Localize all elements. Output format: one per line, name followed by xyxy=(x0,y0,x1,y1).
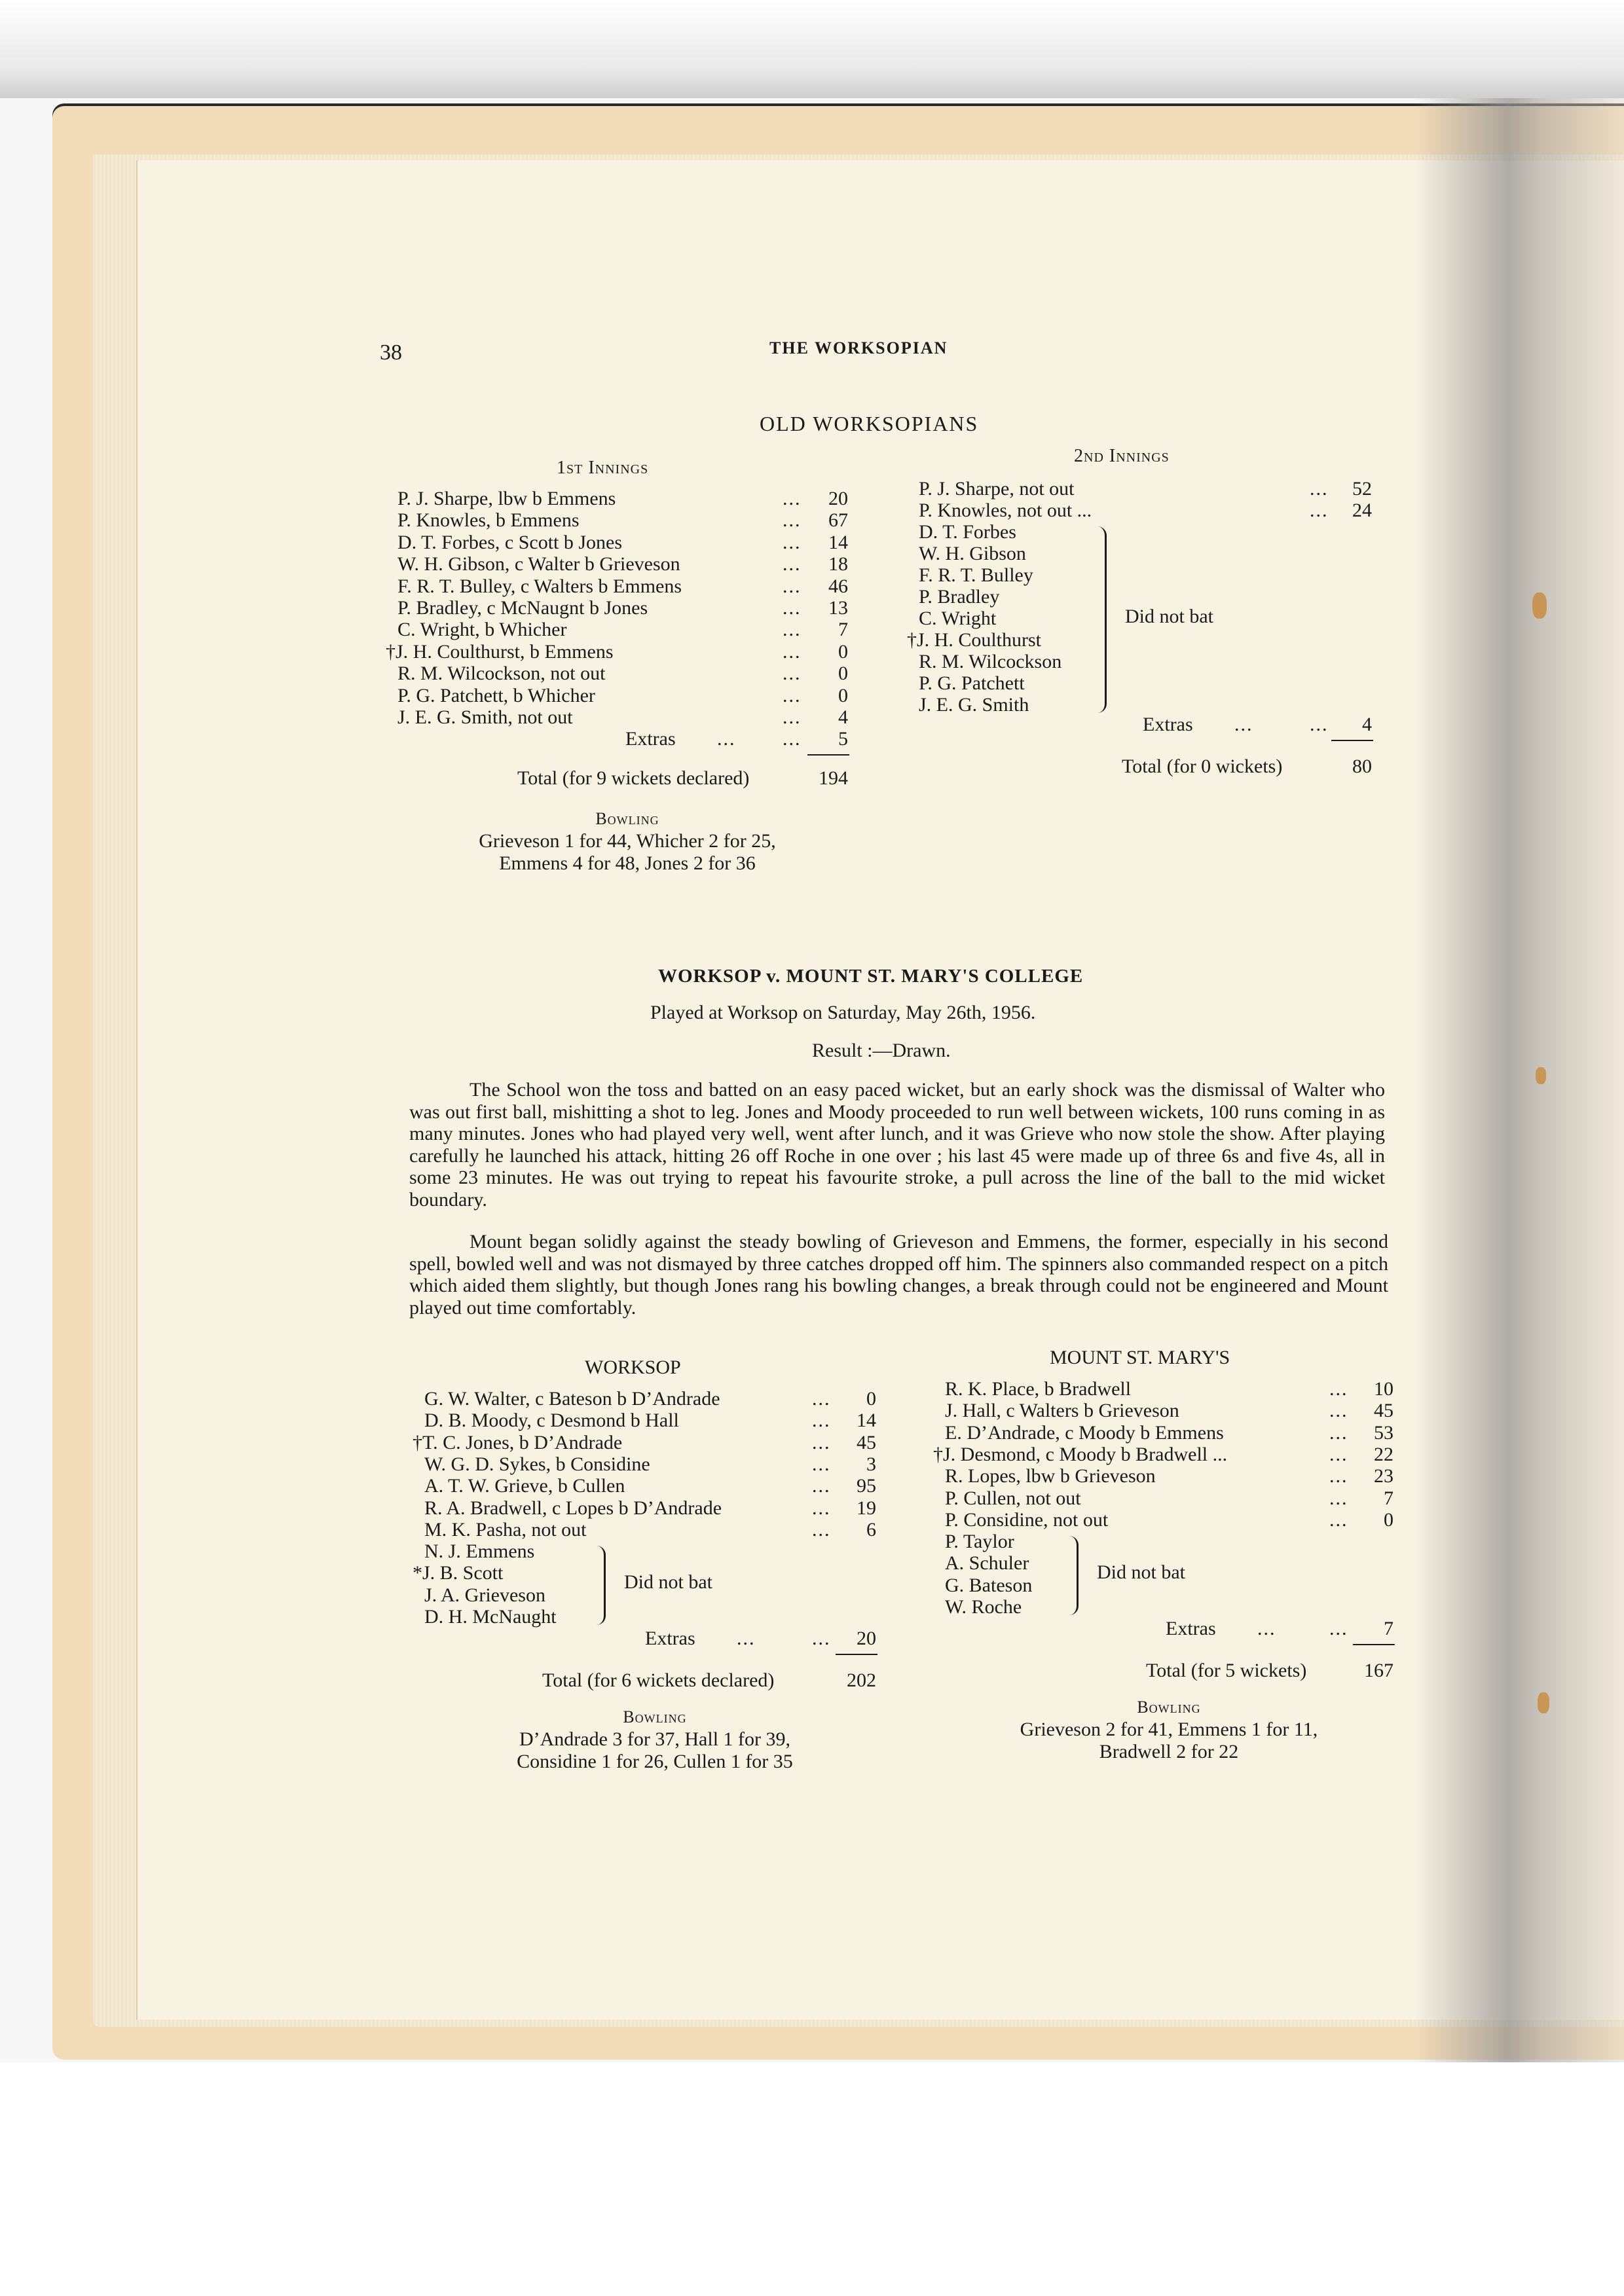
batsman-runs: 53 xyxy=(1348,1422,1393,1444)
leader-dots: ... xyxy=(783,509,802,532)
batsman-entry: †T. C. Jones, b D’Andrade xyxy=(413,1432,622,1454)
total-rule xyxy=(807,754,849,756)
batsman-runs: 4 xyxy=(802,706,848,729)
total-label: Total (for 6 wickets declared) xyxy=(542,1669,774,1692)
batsman-entry: P. Cullen, not out xyxy=(945,1487,1081,1510)
leader-dots: ... xyxy=(812,1497,831,1520)
leader-dots: ... xyxy=(783,597,802,619)
total-rule xyxy=(836,1654,877,1655)
did-not-bat-player: J. E. G. Smith xyxy=(919,694,1029,716)
did-not-bat-player: †J. H. Coulthurst xyxy=(907,629,1041,651)
did-not-bat-player: P. G. Patchett xyxy=(919,672,1025,695)
batsman-runs: 52 xyxy=(1326,478,1372,500)
did-not-bat-player: W. H. Gibson xyxy=(919,543,1026,565)
leader-dots: ... xyxy=(812,1388,831,1410)
bowling-figures: Emmens 4 for 48, Jones 2 for 36 xyxy=(365,852,889,875)
section-title-old-worksopians: OLD WORKSOPIANS xyxy=(760,412,978,435)
total-rule xyxy=(1331,740,1373,741)
batsman-runs: 45 xyxy=(830,1432,876,1454)
batsman-runs: 7 xyxy=(802,619,848,641)
stain-mark xyxy=(1532,592,1547,619)
leader-dots: ... xyxy=(812,1410,831,1432)
batsman-runs: 3 xyxy=(830,1453,876,1476)
bowling-figures: Bradwell 2 for 22 xyxy=(907,1741,1431,1763)
innings-heading: WORKSOP xyxy=(585,1357,681,1379)
batsman-runs: 0 xyxy=(830,1388,876,1410)
did-not-bat-label: Did not bat xyxy=(624,1571,712,1594)
did-not-bat-player: A. Schuler xyxy=(945,1552,1029,1575)
leader-dots: ... xyxy=(783,532,802,554)
did-not-bat-player: R. M. Wilcockson xyxy=(919,651,1061,673)
innings-heading: 1st Innings xyxy=(557,457,648,479)
did-not-bat-player: G. Bateson xyxy=(945,1575,1032,1597)
batsman-runs: 14 xyxy=(830,1410,876,1432)
batsman-runs: 0 xyxy=(802,685,848,707)
extras-value: 4 xyxy=(1326,714,1372,736)
innings-heading: 2nd Innings xyxy=(1074,445,1170,467)
leader-dots: ... xyxy=(737,1628,756,1650)
match-report-paragraph-1: The School won the toss and batted on an… xyxy=(409,1079,1385,1211)
leader-dots: ... xyxy=(783,488,802,510)
batsman-entry: D. B. Moody, c Desmond b Hall xyxy=(424,1410,679,1432)
did-not-bat-label: Did not bat xyxy=(1097,1561,1185,1584)
batsman-entry: E. D’Andrade, c Moody b Emmens xyxy=(945,1422,1224,1444)
leader-dots: ... xyxy=(1329,1378,1348,1400)
leader-dots: ... xyxy=(783,619,802,641)
batsman-runs: 22 xyxy=(1348,1444,1393,1466)
match-venue-date: Played at Worksop on Saturday, May 26th,… xyxy=(650,1002,1035,1024)
batsman-entry: †J. H. Coulthurst, b Emmens xyxy=(386,641,614,663)
extras-label: Extras xyxy=(1166,1618,1216,1640)
extras-value: 7 xyxy=(1348,1618,1393,1640)
running-header: THE WORKSOPIAN xyxy=(769,337,948,359)
batsman-runs: 18 xyxy=(802,553,848,575)
extras-label: Extras xyxy=(645,1628,695,1650)
leader-dots: ... xyxy=(783,575,802,598)
did-not-bat-player: C. Wright xyxy=(919,608,996,630)
batsman-entry: P. G. Patchett, b Whicher xyxy=(397,685,595,707)
batsman-entry: M. K. Pasha, not out xyxy=(424,1519,587,1541)
bowling-heading: Bowling xyxy=(972,1696,1365,1719)
batsman-entry: C. Wright, b Whicher xyxy=(397,619,566,641)
leader-dots: ... xyxy=(783,728,802,750)
match-result: Result :—Drawn. xyxy=(812,1040,951,1062)
bowling-figures: D’Andrade 3 for 37, Hall 1 for 39, xyxy=(393,1728,917,1751)
batsman-entry: R. Lopes, lbw b Grieveson xyxy=(945,1465,1156,1487)
batsman-runs: 10 xyxy=(1348,1378,1393,1400)
bowling-figures: Grieveson 2 for 41, Emmens 1 for 11, xyxy=(907,1719,1431,1741)
batsman-entry: W. G. D. Sykes, b Considine xyxy=(424,1453,650,1476)
stain-mark xyxy=(1536,1067,1546,1084)
extras-value: 20 xyxy=(830,1628,876,1650)
brace-bracket xyxy=(1067,1536,1079,1615)
did-not-bat-player: P. Taylor xyxy=(945,1531,1014,1553)
leader-dots: ... xyxy=(812,1453,831,1476)
did-not-bat-player: J. A. Grieveson xyxy=(424,1584,545,1607)
batsman-runs: 24 xyxy=(1326,500,1372,522)
leader-dots: ... xyxy=(717,728,736,750)
total-label: Total (for 5 wickets) xyxy=(1146,1660,1306,1682)
leader-dots: ... xyxy=(812,1519,831,1541)
batsman-entry: F. R. T. Bulley, c Walters b Emmens xyxy=(397,575,682,598)
leader-dots: ... xyxy=(1234,714,1253,736)
innings-heading: MOUNT ST. MARY'S xyxy=(1050,1347,1230,1369)
total-value: 80 xyxy=(1326,756,1372,778)
leader-dots: ... xyxy=(1329,1509,1348,1531)
batsman-runs: 23 xyxy=(1348,1465,1393,1487)
batsman-entry: R. M. Wilcockson, not out xyxy=(397,663,605,685)
batsman-entry: G. W. Walter, c Bateson b D’Andrade xyxy=(424,1388,720,1410)
bowling-heading: Bowling xyxy=(431,808,824,830)
batsman-runs: 95 xyxy=(830,1475,876,1497)
brace-bracket xyxy=(1096,526,1107,713)
batsman-runs: 0 xyxy=(802,663,848,685)
leader-dots: ... xyxy=(1329,1422,1348,1444)
did-not-bat-player: *J. B. Scott xyxy=(413,1562,503,1584)
leader-dots: ... xyxy=(812,1475,831,1497)
total-rule xyxy=(1353,1644,1395,1645)
batsman-entry: P. J. Sharpe, not out xyxy=(919,478,1075,500)
total-value: 194 xyxy=(802,767,848,790)
scan-background-top xyxy=(0,0,1624,98)
batsman-entry: P. Considine, not out xyxy=(945,1509,1108,1531)
leader-dots: ... xyxy=(783,553,802,575)
stain-mark xyxy=(1538,1692,1549,1713)
match-report-paragraph-2: Mount began solidly against the steady b… xyxy=(409,1231,1388,1319)
batsman-entry: J. E. G. Smith, not out xyxy=(397,706,573,729)
total-label: Total (for 0 wickets) xyxy=(1122,756,1282,778)
did-not-bat-player: D. T. Forbes xyxy=(919,521,1016,543)
batsman-entry: J. Hall, c Walters b Grieveson xyxy=(945,1400,1179,1422)
leader-dots: ... xyxy=(812,1432,831,1454)
batsman-entry: W. H. Gibson, c Walter b Grieveson xyxy=(397,553,680,575)
batsman-runs: 0 xyxy=(1348,1509,1393,1531)
batsman-runs: 7 xyxy=(1348,1487,1393,1510)
batsman-entry: P. J. Sharpe, lbw b Emmens xyxy=(397,488,616,510)
match-title: WORKSOP v. MOUNT ST. MARY'S COLLEGE xyxy=(658,965,1083,987)
scan-background-bottom xyxy=(0,2062,1624,2296)
leader-dots: ... xyxy=(1329,1400,1348,1422)
batsman-runs: 46 xyxy=(802,575,848,598)
did-not-bat-player: D. H. McNaught xyxy=(424,1606,557,1628)
batsman-entry: P. Bradley, c McNaugnt b Jones xyxy=(397,597,648,619)
leader-dots: ... xyxy=(1329,1444,1348,1466)
leader-dots: ... xyxy=(1257,1618,1276,1640)
batsman-runs: 20 xyxy=(802,488,848,510)
batsman-entry: P. Knowles, not out ... xyxy=(919,500,1092,522)
leader-dots: ... xyxy=(783,663,802,685)
bowling-figures: Grieveson 1 for 44, Whicher 2 for 25, xyxy=(365,830,889,852)
bowling-heading: Bowling xyxy=(458,1706,851,1728)
leader-dots: ... xyxy=(783,641,802,663)
batsman-runs: 13 xyxy=(802,597,848,619)
batsman-entry: A. T. W. Grieve, b Cullen xyxy=(424,1475,625,1497)
leader-dots: ... xyxy=(1329,1465,1348,1487)
batsman-entry: P. Knowles, b Emmens xyxy=(397,509,580,532)
batsman-entry: D. T. Forbes, c Scott b Jones xyxy=(397,532,622,554)
bowling-figures: Considine 1 for 26, Cullen 1 for 35 xyxy=(393,1751,917,1773)
did-not-bat-player: F. R. T. Bulley xyxy=(919,564,1033,587)
batsman-runs: 14 xyxy=(802,532,848,554)
total-label: Total (for 9 wickets declared) xyxy=(517,767,749,790)
batsman-runs: 19 xyxy=(830,1497,876,1520)
batsman-runs: 6 xyxy=(830,1519,876,1541)
batsman-entry: R. A. Bradwell, c Lopes b D’Andrade xyxy=(424,1497,722,1520)
leader-dots: ... xyxy=(1329,1487,1348,1510)
leader-dots: ... xyxy=(812,1628,831,1650)
leader-dots: ... xyxy=(783,706,802,729)
did-not-bat-label: Did not bat xyxy=(1125,606,1213,628)
batsman-runs: 45 xyxy=(1348,1400,1393,1422)
did-not-bat-player: P. Bradley xyxy=(919,586,999,608)
extras-label: Extras xyxy=(1143,714,1193,736)
extras-value: 5 xyxy=(802,728,848,750)
brace-bracket xyxy=(595,1546,606,1625)
total-value: 167 xyxy=(1348,1660,1393,1682)
leader-dots: ... xyxy=(1329,1618,1348,1640)
total-value: 202 xyxy=(830,1669,876,1692)
extras-label: Extras xyxy=(625,728,676,750)
did-not-bat-player: W. Roche xyxy=(945,1596,1022,1618)
batsman-entry: R. K. Place, b Bradwell xyxy=(945,1378,1131,1400)
leader-dots: ... xyxy=(783,685,802,707)
page-number: 38 xyxy=(380,342,402,364)
did-not-bat-player: N. J. Emmens xyxy=(424,1540,534,1563)
batsman-runs: 67 xyxy=(802,509,848,532)
batsman-runs: 0 xyxy=(802,641,848,663)
batsman-entry: †J. Desmond, c Moody b Bradwell ... xyxy=(933,1444,1227,1466)
